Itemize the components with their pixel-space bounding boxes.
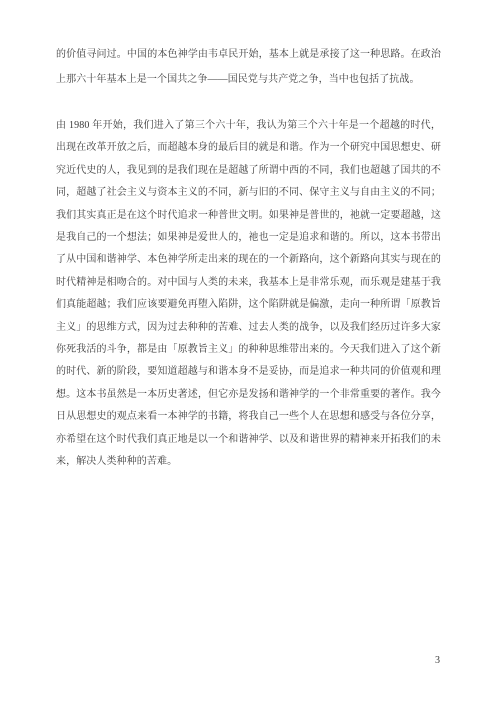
paragraph-main: 由 1980 年开始，我们进入了第三个六十年，我认为第三个六十年是一个超越的时代… bbox=[56, 115, 441, 474]
page-text-block: 的价值寻问过。中国的本色神学由韦卓民开始，基本上就是承接了这一种思路。在政治上那… bbox=[56, 42, 441, 474]
paragraph-continuation: 的价值寻问过。中国的本色神学由韦卓民开始，基本上就是承接了这一种思路。在政治上那… bbox=[56, 42, 441, 92]
page-number: 3 bbox=[435, 654, 440, 668]
document-page: 的价值寻问过。中国的本色神学由韦卓民开始，基本上就是承接了这一种思路。在政治上那… bbox=[0, 0, 496, 701]
